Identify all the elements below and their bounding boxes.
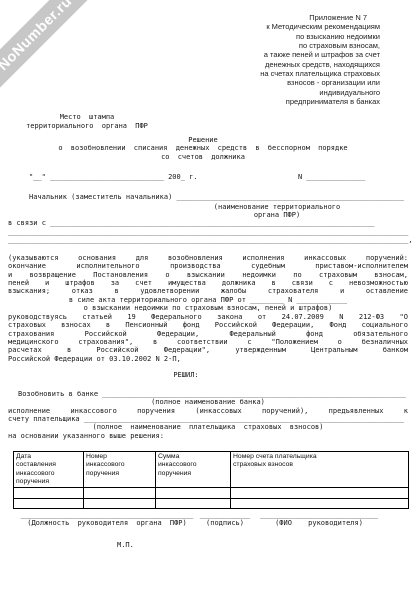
appendix-line: денежных средств, находящихся bbox=[150, 60, 380, 69]
appendix-line: а также пеней и штрафов за счет bbox=[150, 50, 380, 59]
small-print-line: о взыскании недоимки по страховым взноса… bbox=[8, 304, 408, 312]
small-print-line: пеней и штрафов за счет имущества должни… bbox=[8, 279, 408, 287]
stamp-mark: М.П. bbox=[117, 541, 134, 549]
table-cell bbox=[231, 498, 409, 508]
head-official-line: Начальник (заместитель начальника) _____… bbox=[8, 193, 412, 201]
appendix-line: взносов - организации или bbox=[150, 78, 380, 87]
table-header-number: Номер инкассового поручения bbox=[84, 452, 156, 488]
legal-basis-paragraph: руководствуясь статьей 19 Федерального з… bbox=[8, 313, 408, 363]
title-line: о возобновлении списания денежных средст… bbox=[8, 144, 398, 152]
document-title: Решение о возобновлении списания денежны… bbox=[8, 136, 398, 161]
signature-sign-column: ____________ (подпись) bbox=[198, 511, 252, 527]
appendix-header: Приложение N 7 к Методическим рекомендац… bbox=[150, 13, 380, 106]
signature-label: (подпись) bbox=[198, 519, 252, 527]
table-header-account: Номер счета плательщика страховых взносо… bbox=[231, 452, 409, 488]
signature-position-column: ________________________________________… bbox=[19, 511, 195, 527]
appendix-line: Приложение N 7 bbox=[150, 13, 380, 22]
signature-blank-line: ____________________________ bbox=[258, 511, 380, 519]
bank-caption: (полное наименование банка) bbox=[8, 398, 408, 406]
document-page: NoNumber.ru Приложение N 7 к Методически… bbox=[0, 0, 420, 600]
small-print-line: взыскания; отказ в удовлетворении жалобы… bbox=[8, 287, 408, 295]
table-cell bbox=[14, 487, 84, 498]
small-print-block: (указываются основания для возобновления… bbox=[8, 254, 408, 312]
bank-blank-line: Возобновить в банке ____________________… bbox=[8, 390, 408, 398]
table-header-row: Дата составления инкассового поручения Н… bbox=[14, 452, 409, 488]
signature-label: (ФИО руководителя) bbox=[258, 519, 380, 527]
legal-basis-line: страховых взносах в Пенсионный фонд Росс… bbox=[8, 321, 408, 329]
collection-orders-table: Дата составления инкассового поручения Н… bbox=[13, 451, 409, 509]
small-print-line: (указываются основания для возобновления… bbox=[8, 254, 408, 262]
signature-name-column: ____________________________ (ФИО руково… bbox=[258, 511, 380, 527]
resume-block: Возобновить в банке ____________________… bbox=[8, 390, 408, 440]
payer-caption: (полное наименование плательщика страхов… bbox=[8, 423, 408, 431]
title-line: Решение bbox=[8, 136, 398, 144]
table-cell bbox=[156, 487, 231, 498]
caption-line: (наименование территориального bbox=[199, 203, 355, 211]
table-cell bbox=[156, 498, 231, 508]
small-print-line: и возвращение Постановления о взыскании … bbox=[8, 271, 408, 279]
reason-blank-line: ________________________________________… bbox=[8, 228, 408, 236]
payer-blank-line: счету плательщика ______________________… bbox=[8, 415, 408, 423]
stamp-line: территориального органа ПФР bbox=[8, 122, 166, 132]
table-cell bbox=[84, 498, 156, 508]
appendix-line: предпринимателя в банках bbox=[150, 97, 380, 106]
small-print-line: в силе акта территориального органа ПФР … bbox=[8, 296, 408, 304]
resolution-word: РЕШИЛ: bbox=[8, 371, 364, 379]
table-cell bbox=[231, 487, 409, 498]
watermark-text: NoNumber.ru bbox=[0, 0, 75, 74]
table-header-sum: Сумма инкассового поручения bbox=[156, 452, 231, 488]
table-header-date: Дата составления инкассового поручения bbox=[14, 452, 84, 488]
resume-line: на основании указанного выше решения: bbox=[8, 432, 408, 440]
legal-basis-line: Российской Федерации от 03.10.2002 N 2-П… bbox=[8, 355, 408, 363]
legal-basis-line: руководствуясь статьей 19 Федерального з… bbox=[8, 313, 408, 321]
stamp-place: Место штампа территориального органа ПФР bbox=[8, 113, 166, 132]
appendix-line: индивидуального bbox=[150, 88, 380, 97]
appendix-line: по взысканию недоимки bbox=[150, 32, 380, 41]
title-line: со счетов должника bbox=[8, 153, 398, 161]
signature-blank-line: ____________ bbox=[198, 511, 252, 519]
table-row bbox=[14, 487, 409, 498]
legal-basis-line: страхования Российской Федерации, Федера… bbox=[8, 330, 408, 338]
appendix-line: по страховым взносам, bbox=[150, 41, 380, 50]
signature-blank-line: ________________________________________… bbox=[19, 511, 195, 519]
stamp-line: Место штампа bbox=[8, 113, 166, 123]
appendix-line: к Методическим рекомендациям bbox=[150, 22, 380, 31]
small-print-line: окончание исполнительного производства с… bbox=[8, 262, 408, 270]
head-official-caption: (наименование территориального органа ПФ… bbox=[199, 203, 355, 220]
resume-line: исполнение инкассового поручения (инкасс… bbox=[8, 407, 408, 415]
table-cell bbox=[84, 487, 156, 498]
legal-basis-line: медицинского страхования", в соответстви… bbox=[8, 338, 408, 346]
reason-blank-line: ________________________________________… bbox=[8, 236, 413, 244]
number-blank-field: N ______________ bbox=[298, 173, 365, 181]
date-blank-field: "__" ___________________________ 200_ г. bbox=[29, 173, 198, 181]
watermark-band: NoNumber.ru bbox=[0, 0, 103, 101]
date-number-row: "__" ___________________________ 200_ г.… bbox=[8, 173, 412, 182]
table-cell bbox=[14, 498, 84, 508]
signature-label: (Должность руководителя органа ПФР) bbox=[19, 519, 195, 527]
table-row bbox=[14, 498, 409, 508]
reason-lead-line: в связи с ______________________________… bbox=[8, 219, 375, 227]
legal-basis-line: расчетах в Российской Федерации", утверж… bbox=[8, 346, 408, 354]
appendix-line: на счетах плательщика страховых bbox=[150, 69, 380, 78]
